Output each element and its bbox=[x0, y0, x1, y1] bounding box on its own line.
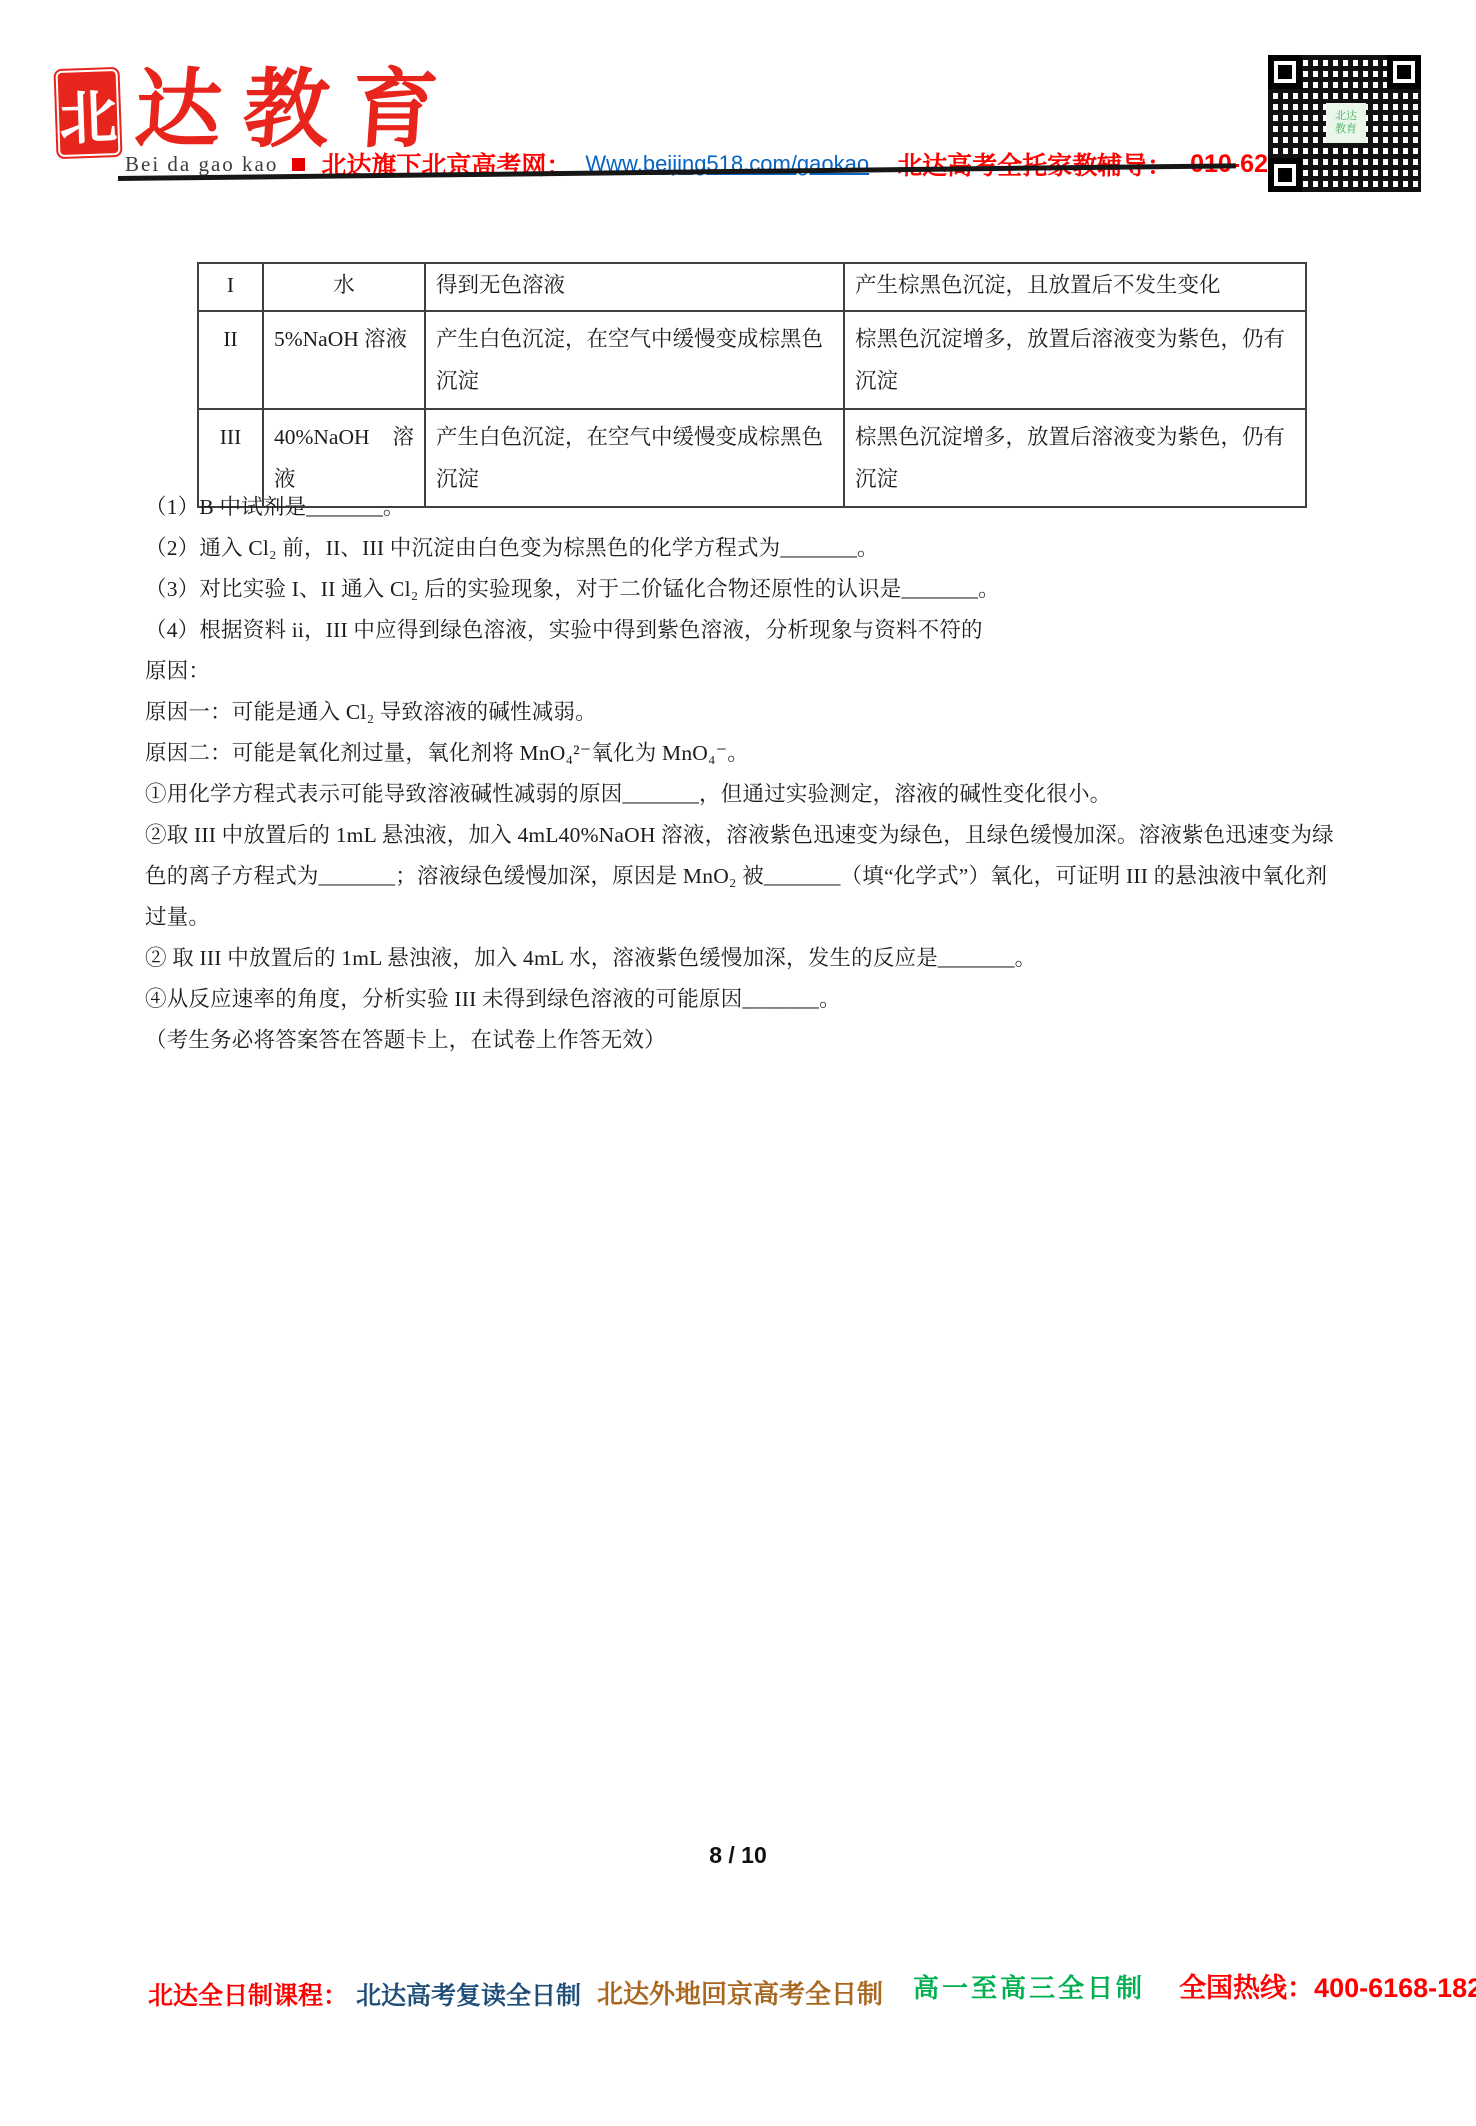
footer-courses-label: 北达全日制课程： bbox=[148, 1976, 348, 2012]
logo-seal-icon: 北 bbox=[53, 67, 122, 159]
answer-sheet-notice: （考生务必将答案答在答题卡上，在试卷上作答无效） bbox=[145, 1020, 1337, 1061]
table-cell-after-cl2: 棕黑色沉淀增多，放置后溶液变为紫色，仍有沉淀 bbox=[844, 311, 1306, 409]
subquestion-1: ①用化学方程式表示可能导致溶液碱性减弱的原因_______，但通过实验测定，溶液… bbox=[145, 774, 1337, 815]
footer-hotline: 全国热线：400-6168-182 bbox=[1179, 1966, 1476, 2005]
qr-code: 北达 教育 bbox=[1268, 55, 1421, 192]
table-cell-phenomenon: 产生白色沉淀，在空气中缓慢变成棕黑色沉淀 bbox=[425, 311, 844, 409]
logo-tagline: Bei da gao kao bbox=[125, 152, 278, 177]
footer-item-gaokao-repeat: 北达高考复读全日制 bbox=[356, 1976, 581, 2012]
question-line-1: （1）B 中试剂是_______。 bbox=[145, 487, 1337, 528]
question-line-3: （3）对比实验 I、II 通入 Cl₂ 后的实验现象，对于二价锰化合物还原性的认… bbox=[145, 569, 1337, 610]
qr-finder-icon bbox=[1268, 55, 1302, 89]
reason-heading: 原因： bbox=[145, 651, 1337, 692]
question-body: （1）B 中试剂是_______。 （2）通入 Cl₂ 前，II、III 中沉淀… bbox=[145, 487, 1337, 1061]
red-square-icon bbox=[292, 158, 305, 171]
table-cell-reagent: 水 bbox=[263, 263, 425, 311]
footer-item-grades: 高一至高三全日制 bbox=[913, 1968, 1145, 2005]
table-cell-phenomenon: 得到无色溶液 bbox=[425, 263, 844, 311]
qr-finder-icon bbox=[1387, 55, 1421, 89]
table-cell-after-cl2: 产生棕黑色沉淀，且放置后不发生变化 bbox=[844, 263, 1306, 311]
footer: 北达全日制课程： 北达高考复读全日制 北达外地回京高考全日制 高一至高三全日制 … bbox=[148, 1968, 1338, 2007]
qr-finder-icon bbox=[1268, 158, 1302, 192]
table-row: II 5%NaOH 溶液 产生白色沉淀，在空气中缓慢变成棕黑色沉淀 棕黑色沉淀增… bbox=[198, 311, 1306, 409]
logo-seal-character: 北 bbox=[58, 70, 119, 156]
reason-one: 原因一：可能是通入 Cl₂ 导致溶液的碱性减弱。 bbox=[145, 692, 1337, 733]
subquestion-3: ② 取 III 中放置后的 1mL 悬浊液，加入 4mL 水，溶液紫色缓慢加深，… bbox=[145, 938, 1337, 979]
table-row: I 水 得到无色溶液 产生棕黑色沉淀，且放置后不发生变化 bbox=[198, 263, 1306, 311]
subquestion-2: ②取 III 中放置后的 1mL 悬浊液，加入 4mL40%NaOH 溶液，溶液… bbox=[145, 815, 1337, 938]
subquestion-4: ④从反应速率的角度，分析实验 III 未得到绿色溶液的可能原因_______。 bbox=[145, 979, 1337, 1020]
question-line-4: （4）根据资料 ii，III 中应得到绿色溶液，实验中得到紫色溶液，分析现象与资… bbox=[145, 610, 1337, 651]
qr-center-logo: 北达 教育 bbox=[1326, 103, 1366, 143]
page-number: 8 / 10 bbox=[0, 1842, 1476, 1869]
reason-two: 原因二：可能是氧化剂过量，氧化剂将 MnO₄²⁻氧化为 MnO₄⁻。 bbox=[145, 733, 1337, 774]
question-line-2: （2）通入 Cl₂ 前，II、III 中沉淀由白色变为棕黑色的化学方程式为___… bbox=[145, 528, 1337, 569]
table-cell-exp-id: I bbox=[198, 263, 263, 311]
table-cell-reagent: 5%NaOH 溶液 bbox=[263, 311, 425, 409]
document-page: 北 达教育 Bei da gao kao 北达旗下北京高考网： Www.beij… bbox=[0, 0, 1476, 2126]
footer-item-return-beijing: 北达外地回京高考全日制 bbox=[597, 1974, 883, 2011]
table-cell-exp-id: II bbox=[198, 311, 263, 409]
experiment-table: I 水 得到无色溶液 产生棕黑色沉淀，且放置后不发生变化 II 5%NaOH 溶… bbox=[197, 262, 1307, 508]
